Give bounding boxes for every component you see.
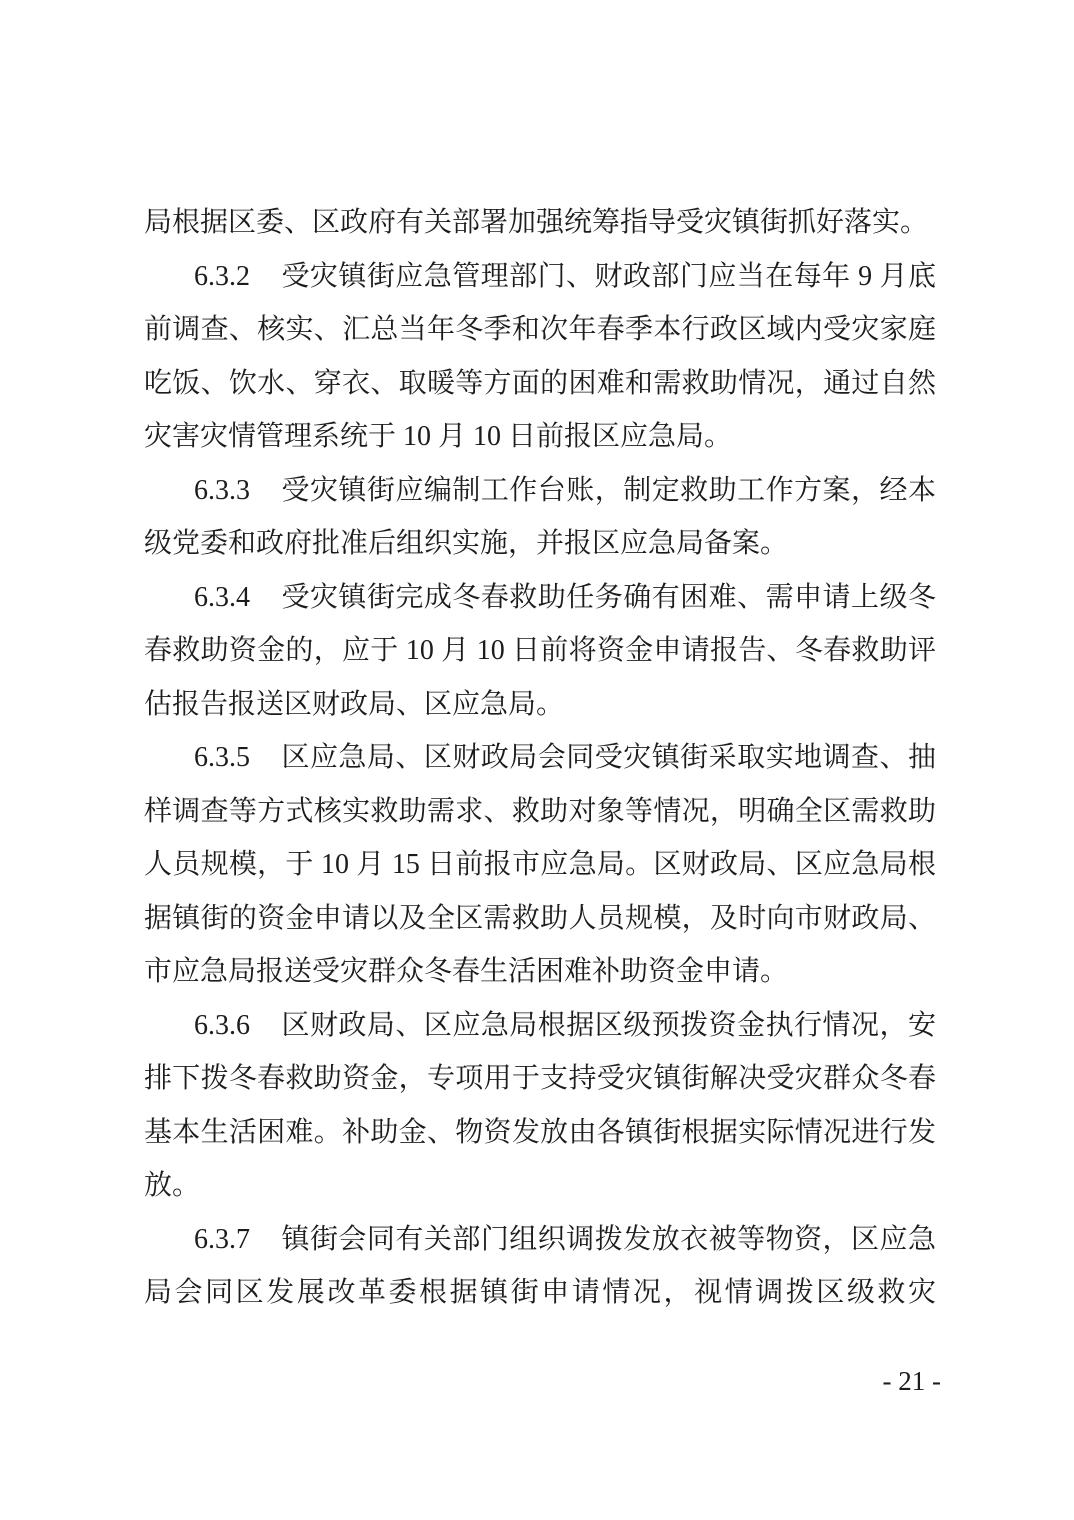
paragraph: 6.3.6区财政局、区应急局根据区级预拨资金执行情况，安排下拨冬春救助资金，专项… xyxy=(144,999,936,1213)
paragraph: 局根据区委、区政府有关部署加强统筹指导受灾镇街抓好落实。 xyxy=(144,196,936,250)
paragraph: 6.3.4受灾镇街完成冬春救助任务确有困难、需申请上级冬春救助资金的，应于 10… xyxy=(144,571,936,732)
paragraph-text: 受灾镇街应急管理部门、财政部门应当在每年 9 月底前调查、核实、汇总当年冬季和次… xyxy=(144,261,936,453)
section-number: 6.3.5 xyxy=(194,731,250,785)
section-number: 6.3.6 xyxy=(194,999,250,1053)
paragraph-text: 区财政局、区应急局根据区级预拨资金执行情况，安排下拨冬春救助资金，专项用于支持受… xyxy=(144,1010,936,1202)
paragraph-text: 受灾镇街完成冬春救助任务确有困难、需申请上级冬春救助资金的，应于 10 月 10… xyxy=(144,582,936,720)
paragraph-text: 受灾镇街应编制工作台账，制定救助工作方案，经本级党委和政府批准后组织实施，并报区… xyxy=(144,475,936,560)
page-number: - 21 - xyxy=(883,1366,941,1396)
document-body: 局根据区委、区政府有关部署加强统筹指导受灾镇街抓好落实。 6.3.2受灾镇街应急… xyxy=(144,196,936,1320)
paragraph: 6.3.3受灾镇街应编制工作台账，制定救助工作方案，经本级党委和政府批准后组织实… xyxy=(144,464,936,571)
section-number: 6.3.7 xyxy=(194,1213,250,1267)
paragraph: 6.3.2受灾镇街应急管理部门、财政部门应当在每年 9 月底前调查、核实、汇总当… xyxy=(144,250,936,464)
section-number: 6.3.4 xyxy=(194,571,250,625)
paragraph: 6.3.7镇街会同有关部门组织调拨发放衣被等物资，区应急局会同区发展改革委根据镇… xyxy=(144,1213,936,1320)
paragraph-text: 局根据区委、区政府有关部署加强统筹指导受灾镇街抓好落实。 xyxy=(144,207,928,238)
paragraph-text: 镇街会同有关部门组织调拨发放衣被等物资，区应急局会同区发展改革委根据镇街申请情况… xyxy=(144,1224,936,1309)
paragraph-text: 区应急局、区财政局会同受灾镇街采取实地调查、抽样调查等方式核实救助需求、救助对象… xyxy=(144,742,936,987)
section-number: 6.3.2 xyxy=(194,250,250,304)
paragraph: 6.3.5区应急局、区财政局会同受灾镇街采取实地调查、抽样调查等方式核实救助需求… xyxy=(144,731,936,999)
document-page: 局根据区委、区政府有关部署加强统筹指导受灾镇街抓好落实。 6.3.2受灾镇街应急… xyxy=(0,0,1074,1520)
section-number: 6.3.3 xyxy=(194,464,250,518)
